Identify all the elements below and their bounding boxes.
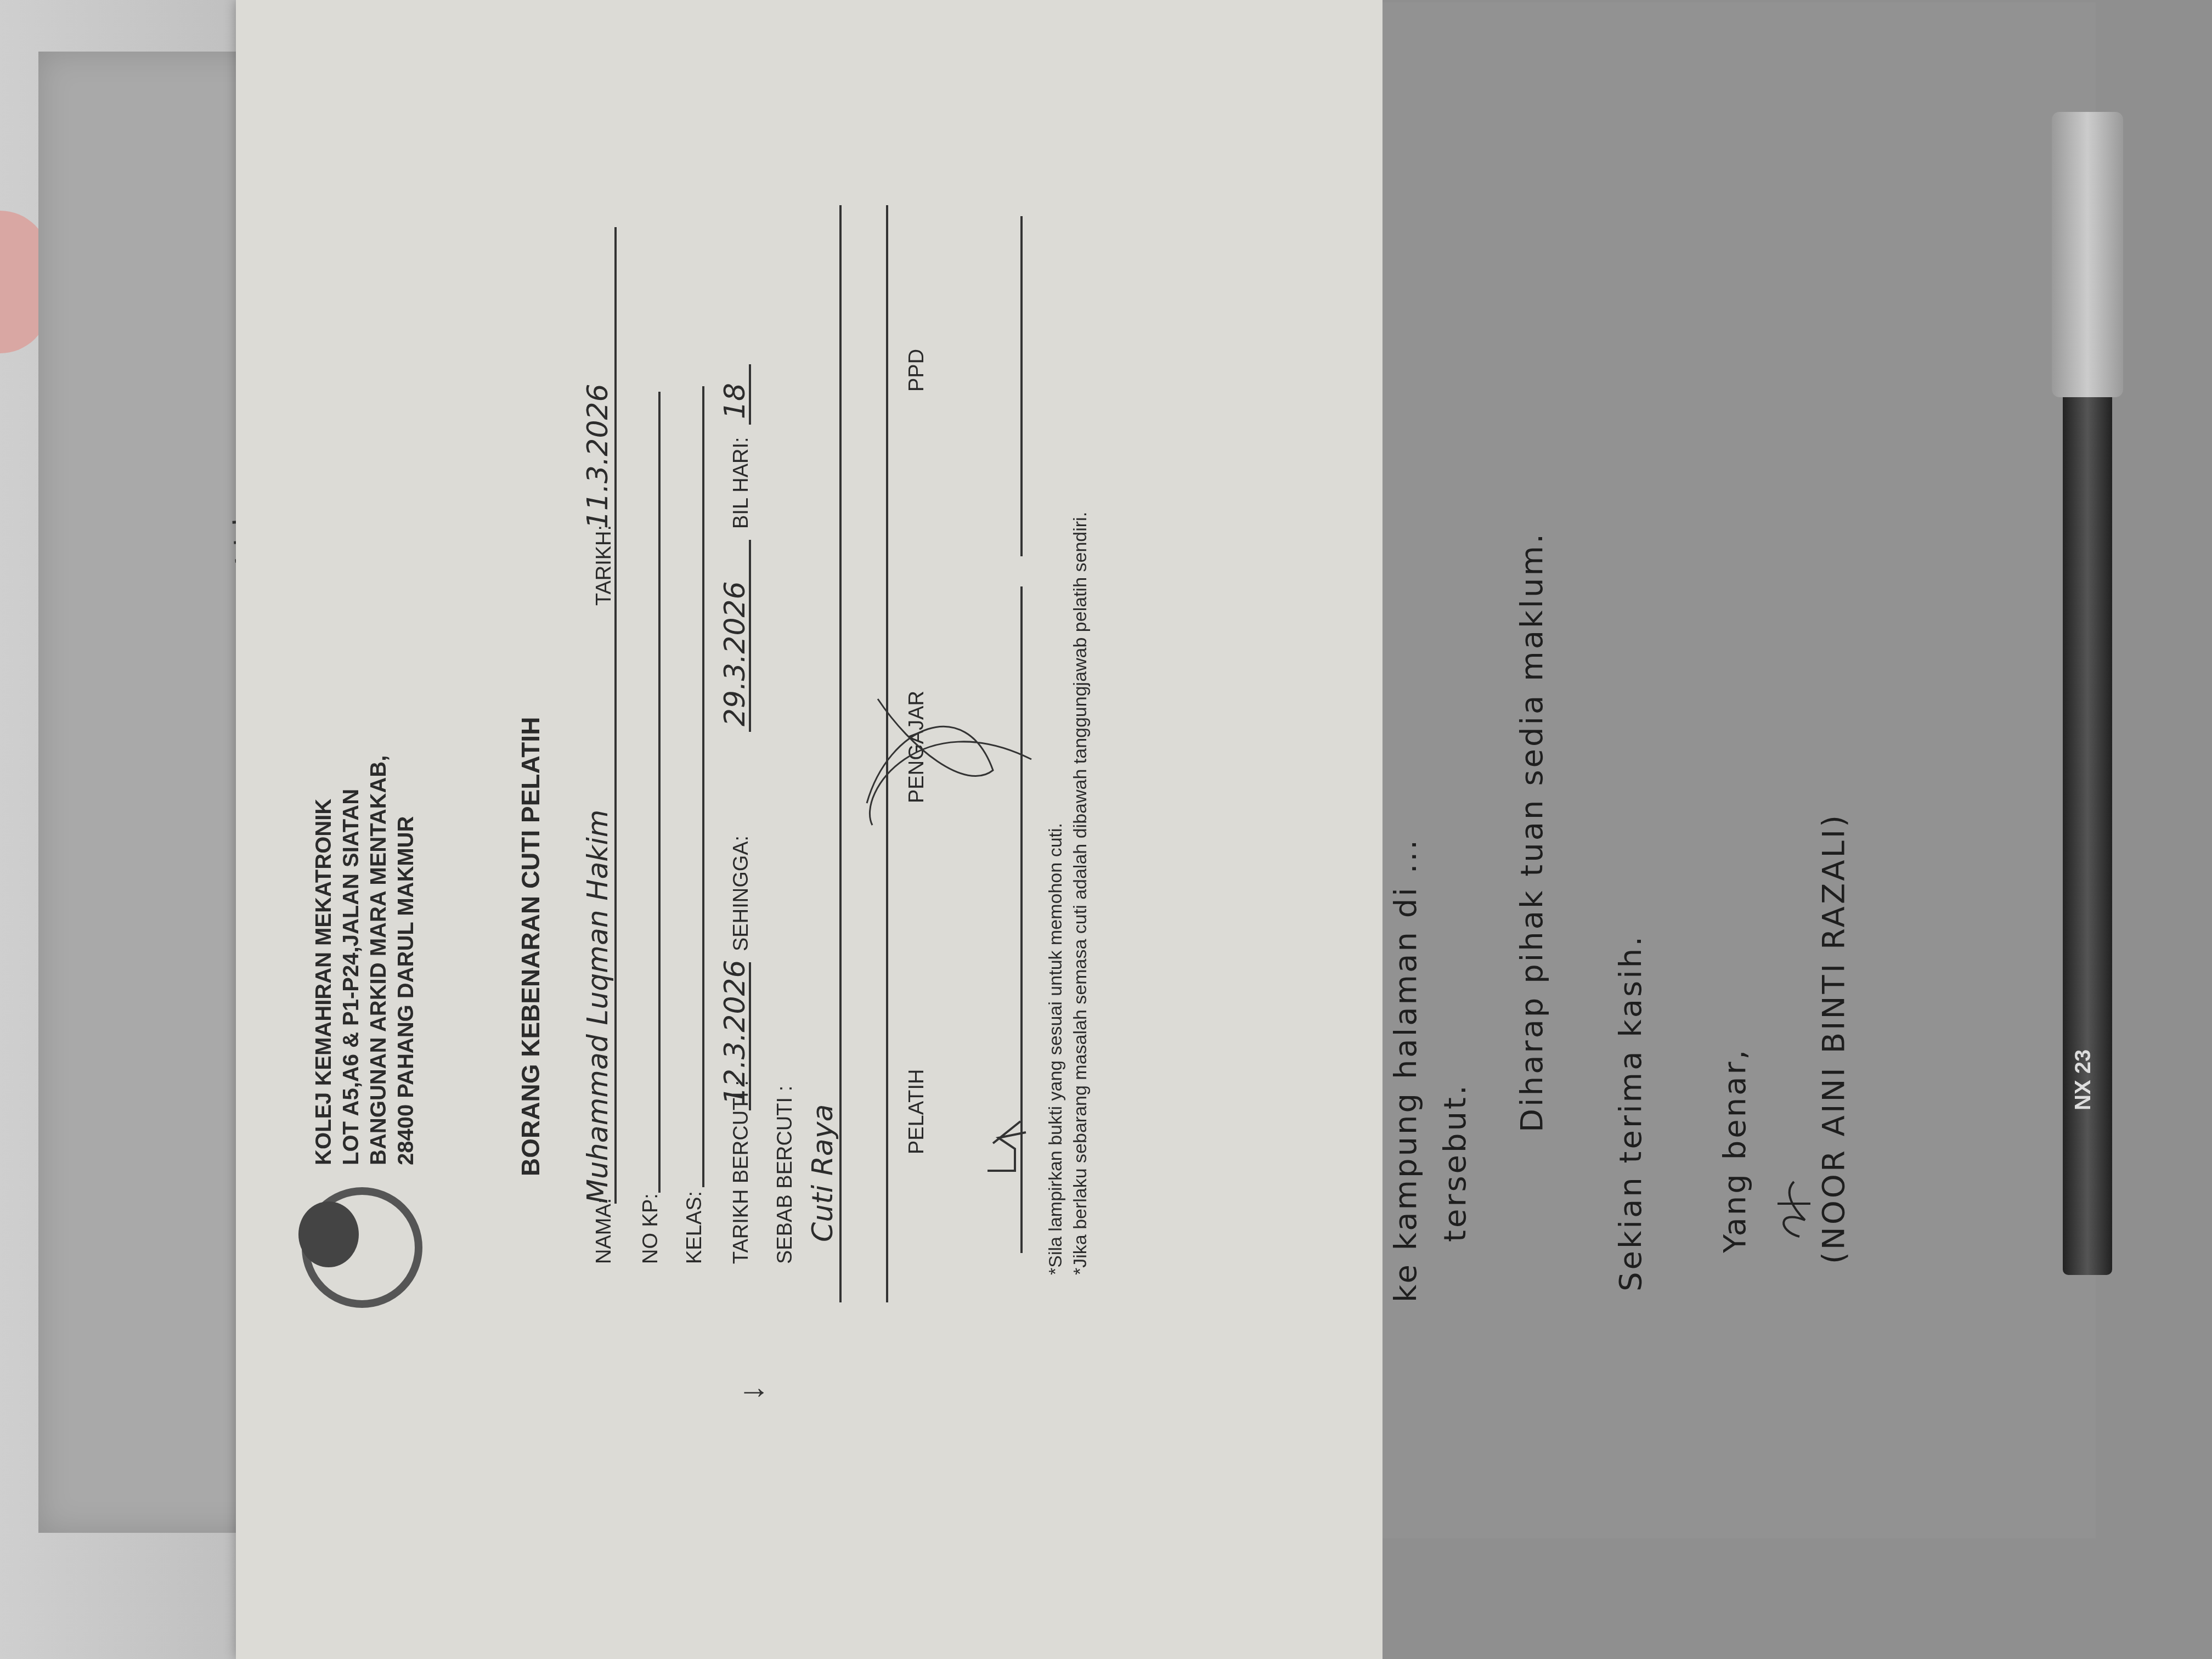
college-logo — [302, 1187, 422, 1308]
sehingga-label: SEHINGGA: — [730, 836, 753, 951]
kelas-line — [702, 386, 704, 1187]
institution-address-2: BANGUNAN ARKID MARA MENTAKAB, — [368, 755, 390, 1165]
pen-cap — [2052, 112, 2123, 397]
arrow-down-icon: ↓ — [732, 1385, 770, 1401]
letter-line-4: Sekian terima kasih. — [1613, 934, 1649, 1291]
letter-signature — [1772, 1176, 1816, 1242]
institution-address-3: 28400 PAHANG DARUL MAKMUR — [395, 816, 417, 1165]
nama-label: NAMA: — [592, 1198, 616, 1264]
tarikh-line — [614, 227, 617, 534]
sebab-line-1 — [839, 205, 842, 1302]
pen — [2063, 342, 2112, 1275]
note-2: *Jika berlaku sebarang masalah semasa cu… — [1070, 512, 1091, 1275]
pengajar-signature — [856, 672, 1042, 836]
ppd-label: PPD — [905, 349, 929, 392]
sehingga-line — [749, 540, 751, 732]
tarikh-label: TARIKH: — [592, 525, 616, 606]
photo-frame: NOOR AINI BINTI RAZALI , KOLEJ KEMAHIRAN… — [0, 0, 2212, 1659]
tarikh-bercuti-value: 12.3.2026 — [719, 960, 752, 1105]
letter-line-1: ke kampung halaman di ... — [1388, 838, 1424, 1302]
note-1: *Sila lampirkan bukti yang sesuai untuk … — [1045, 823, 1066, 1275]
sebab-label: SEBAB BERCUTI : — [774, 1086, 797, 1264]
pelatih-signature — [977, 1110, 1031, 1176]
letter-signatory: (NOOR AINI BINTI RAZALI) — [1816, 813, 1852, 1264]
letter-line-2: tersebut. — [1437, 1083, 1473, 1242]
bil-hari-line — [749, 364, 751, 425]
sehingga-value: 29.3.2026 — [719, 581, 752, 726]
form-title: BORANG KEBENARAN CUTI PELATIH — [516, 717, 545, 1176]
pen-label: NX 23 — [2071, 1049, 2096, 1110]
institution-address-1: LOT A5,A6 & P1-P24,JALAN SIATAN — [340, 789, 362, 1165]
tarikh-bercuti-line — [749, 962, 751, 1110]
nokp-line — [658, 392, 661, 1193]
bil-hari-value: 18 — [719, 383, 752, 419]
ppd-signature-line — [1020, 216, 1023, 556]
pelatih-label: PELATIH — [905, 1069, 929, 1154]
nama-value: Muhammad Luqman Hakim — [582, 810, 614, 1204]
letter-line-5: Yang benar, — [1717, 1048, 1753, 1253]
institution-name: KOLEJ KEMAHIRAN MEKATRONIK — [313, 799, 335, 1165]
tarikh-value: 11.3.2026 — [582, 383, 614, 529]
nokp-label: NO KP: — [639, 1193, 663, 1264]
kelas-label: KELAS: — [683, 1191, 707, 1264]
letter-line-3: Diharap pihak tuan sedia maklum. — [1514, 532, 1550, 1132]
sebab-value: Cuti Raya — [806, 1104, 839, 1242]
bil-hari-label: BIL HARI: — [730, 437, 753, 529]
